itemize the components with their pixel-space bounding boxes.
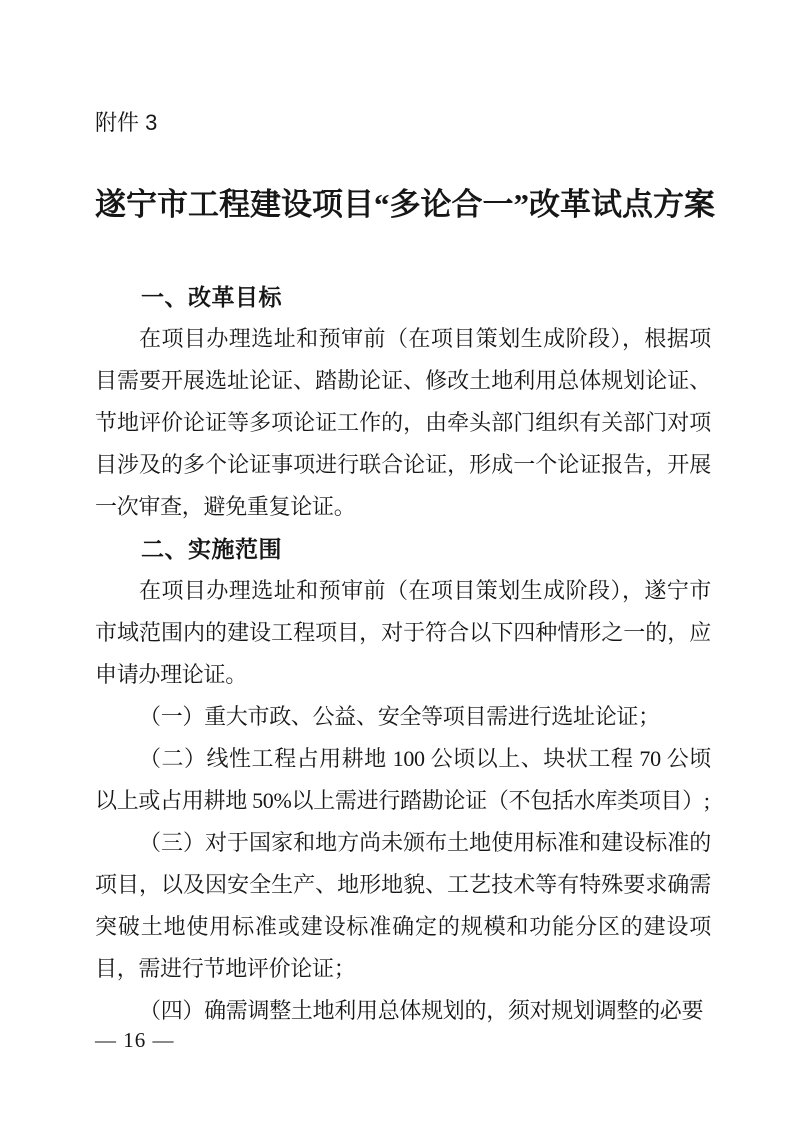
document-page: 附件 3 遂宁市工程建设项目“多论合一”改革试点方案 一、改革目标 在项目办理选… bbox=[0, 0, 793, 1122]
paragraph-reform-goals: 在项目办理选址和预审前（在项目策划生成阶段），根据项目需要开展选址论证、踏勘论证… bbox=[95, 318, 711, 528]
paragraph-scope-intro: 在项目办理选址和预审前（在项目策划生成阶段），遂宁市市域范围内的建设工程项目，对… bbox=[95, 570, 711, 696]
section-heading-reform-goals: 一、改革目标 bbox=[95, 276, 711, 318]
document-body: 一、改革目标 在项目办理选址和预审前（在项目策划生成阶段），根据项目需要开展选址… bbox=[95, 276, 711, 1032]
paragraph-item-4-partial: （四）确需调整土地利用总体规划的，须对规划调整的必要 bbox=[95, 990, 711, 1032]
section-heading-implementation-scope: 二、实施范围 bbox=[95, 528, 711, 570]
paragraph-item-2: （二）线性工程占用耕地 100 公顷以上、块状工程 70 公顷以上或占用耕地 5… bbox=[95, 738, 711, 822]
page-number: — 16 — bbox=[95, 1028, 175, 1052]
attachment-label: 附件 3 bbox=[95, 108, 711, 138]
paragraph-item-1: （一）重大市政、公益、安全等项目需进行选址论证； bbox=[95, 696, 711, 738]
paragraph-item-3: （三）对于国家和地方尚未颁布土地使用标准和建设标准的项目，以及因安全生产、地形地… bbox=[95, 822, 711, 990]
document-title: 遂宁市工程建设项目“多论合一”改革试点方案 bbox=[95, 182, 711, 228]
